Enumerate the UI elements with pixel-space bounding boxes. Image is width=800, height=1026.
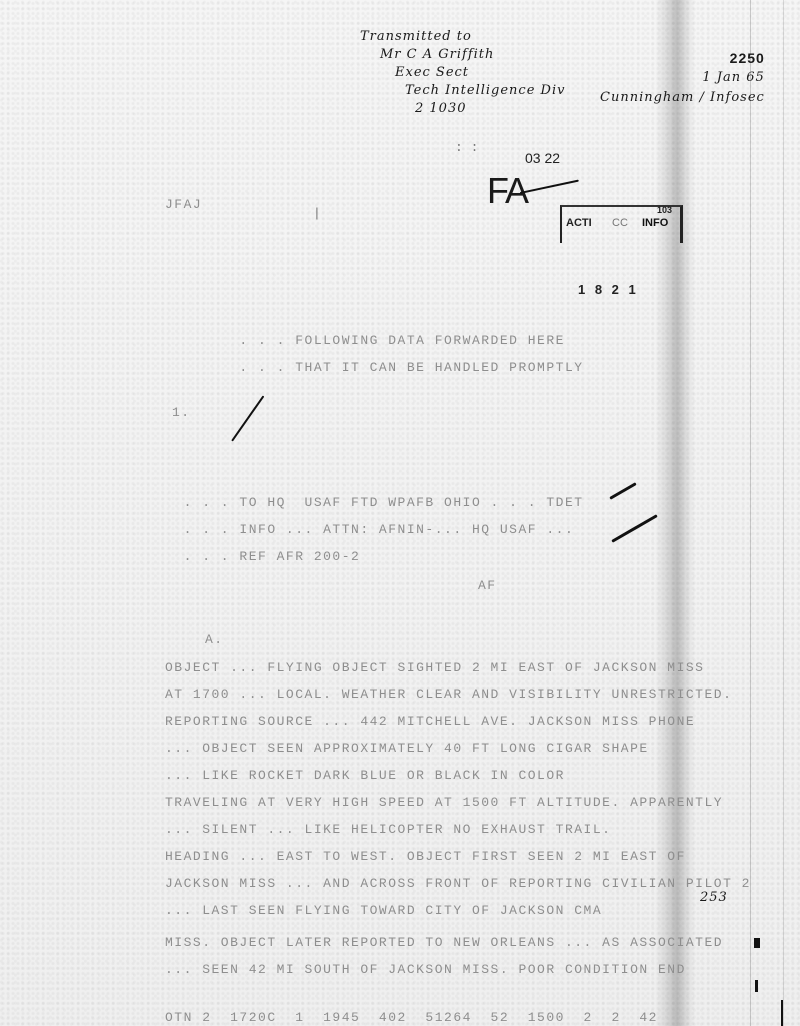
routing-note-line: Mr C A Griffith	[360, 46, 565, 64]
report-line: ... OBJECT SEEN APPROXIMATELY 40 FT LONG…	[165, 741, 649, 756]
report-line: JACKSON MISS ... AND ACROSS FRONT OF REP…	[165, 876, 751, 891]
edge-punch-mark	[754, 938, 760, 948]
right-note-signature: Cunningham / Infosec	[600, 88, 765, 108]
routing-cc-label: CC	[612, 217, 628, 229]
edge-punch-mark	[781, 1000, 783, 1026]
addressee-line: . . . TO HQ USAF FTD WPAFB OHIO . . . TD…	[165, 495, 584, 510]
addressee-line: . . . REF AFR 200-2	[165, 549, 360, 564]
check-mark	[231, 395, 264, 441]
check-mark	[609, 482, 636, 500]
handwritten-routing-note: Transmitted to Mr C A Griffith Exec Sect…	[360, 28, 565, 118]
scan-edge-line	[783, 0, 784, 1026]
paragraph-marker: A.	[205, 632, 224, 647]
routing-note-line: Transmitted to	[360, 28, 565, 46]
time-received-value: 03 22	[525, 150, 560, 166]
date-time-group: 1 8 2 1	[578, 282, 639, 297]
report-line: ... SILENT ... LIKE HELICOPTER NO EXHAUS…	[165, 822, 611, 837]
ref-marker: 1.	[172, 405, 191, 420]
faint-mark: |	[313, 206, 321, 221]
right-note-number: 2250	[600, 48, 765, 68]
scan-streak	[655, 0, 695, 1026]
footer-transmission-line: OTN 2 1720C 1 1945 402 51264 52 1500 2 2…	[165, 1010, 658, 1025]
routing-number: 103	[657, 205, 672, 215]
intro-line: . . . THAT IT CAN BE HANDLED PROMPTLY	[165, 360, 584, 375]
intro-line: . . . FOLLOWING DATA FORWARDED HERE	[165, 333, 565, 348]
routing-info-label: INFO	[642, 217, 668, 229]
handwritten-page-number: 253	[700, 890, 728, 905]
report-line: HEADING ... EAST TO WEST. OBJECT FIRST S…	[165, 849, 686, 864]
routing-stamp-box: ACTI CC 103 INFO	[560, 205, 683, 243]
routing-note-line: 2 1030	[360, 100, 565, 118]
header-fragment: JFAJ	[165, 197, 202, 212]
scan-edge-line	[750, 0, 751, 1026]
time-received-stamp: 03 22	[525, 150, 560, 166]
report-line: ... LIKE ROCKET DARK BLUE OR BLACK IN CO…	[165, 768, 565, 783]
section-marker: AF	[478, 578, 497, 593]
addressee-line: . . . INFO ... ATTN: AFNIN-... HQ USAF .…	[165, 522, 574, 537]
handwritten-right-note: 2250 1 Jan 65 Cunningham / Infosec	[600, 48, 765, 108]
faint-mark: : :	[455, 140, 478, 155]
routing-note-line: Tech Intelligence Div	[360, 82, 565, 100]
report-line: MISS. OBJECT LATER REPORTED TO NEW ORLEA…	[165, 935, 723, 950]
report-line: REPORTING SOURCE ... 442 MITCHELL AVE. J…	[165, 714, 695, 729]
report-line: ... SEEN 42 MI SOUTH OF JACKSON MISS. PO…	[165, 962, 686, 977]
check-mark	[611, 514, 658, 543]
initials-stroke	[520, 180, 579, 194]
right-note-date: 1 Jan 65	[600, 68, 765, 88]
routing-act-label: ACTI	[566, 217, 592, 229]
edge-punch-mark	[755, 980, 758, 992]
report-line: TRAVELING AT VERY HIGH SPEED AT 1500 FT …	[165, 795, 723, 810]
routing-note-line: Exec Sect	[360, 64, 565, 82]
scanned-document-page: Transmitted to Mr C A Griffith Exec Sect…	[0, 0, 800, 1026]
report-line: OBJECT ... FLYING OBJECT SIGHTED 2 MI EA…	[165, 660, 704, 675]
report-line: ... LAST SEEN FLYING TOWARD CITY OF JACK…	[165, 903, 602, 918]
report-line: AT 1700 ... LOCAL. WEATHER CLEAR AND VIS…	[165, 687, 732, 702]
